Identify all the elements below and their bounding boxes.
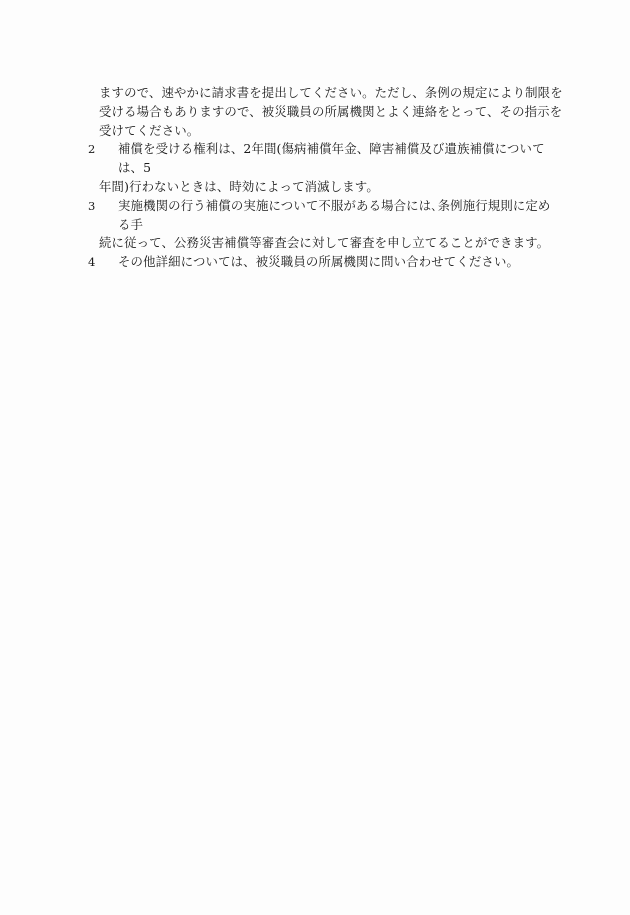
item-number: 3 bbox=[88, 197, 99, 216]
note-item-2: 2 補償を受ける権利は、2年間(傷病補償年金、障害補償及び遺族補償については、5… bbox=[88, 140, 554, 196]
document-page: ますので、速やかに請求書を提出してください。ただし、条例の規定により制限を 受け… bbox=[0, 0, 630, 915]
item-line: 続に従って、公務災害補償等審査会に対して審査を申し立てることができます。 bbox=[99, 235, 549, 250]
item-line: 補償を受ける権利は、2年間(傷病補償年金、障害補償及び遺族補償については、5 bbox=[88, 140, 554, 178]
item-number: 2 bbox=[88, 140, 99, 159]
item-line: 実施機関の行う補償の実施について不服がある場合には､条例施行規則に定める手 bbox=[88, 197, 554, 235]
paragraph-line: ますので、速やかに請求書を提出してください。ただし、条例の規定により制限を bbox=[99, 84, 554, 103]
item-line: 年間)行わないときは、時効によって消滅します。 bbox=[99, 179, 379, 194]
paragraph-line: 受けてください。 bbox=[99, 122, 554, 141]
paragraph-line: 受ける場合もありますので、被災職員の所属機関とよく連絡をとって、その指示を bbox=[99, 103, 554, 122]
note-item-3: 3 実施機関の行う補償の実施について不服がある場合には､条例施行規則に定める手 … bbox=[88, 197, 554, 253]
continuation-paragraph: ますので、速やかに請求書を提出してください。ただし、条例の規定により制限を 受け… bbox=[88, 84, 554, 140]
item-number: 4 bbox=[88, 253, 99, 272]
item-line: その他詳細については、被災職員の所属機関に問い合わせてください。 bbox=[88, 253, 554, 272]
note-item-4: 4 その他詳細については、被災職員の所属機関に問い合わせてください。 bbox=[88, 253, 554, 272]
notes-text-block: ますので、速やかに請求書を提出してください。ただし、条例の規定により制限を 受け… bbox=[88, 84, 554, 272]
